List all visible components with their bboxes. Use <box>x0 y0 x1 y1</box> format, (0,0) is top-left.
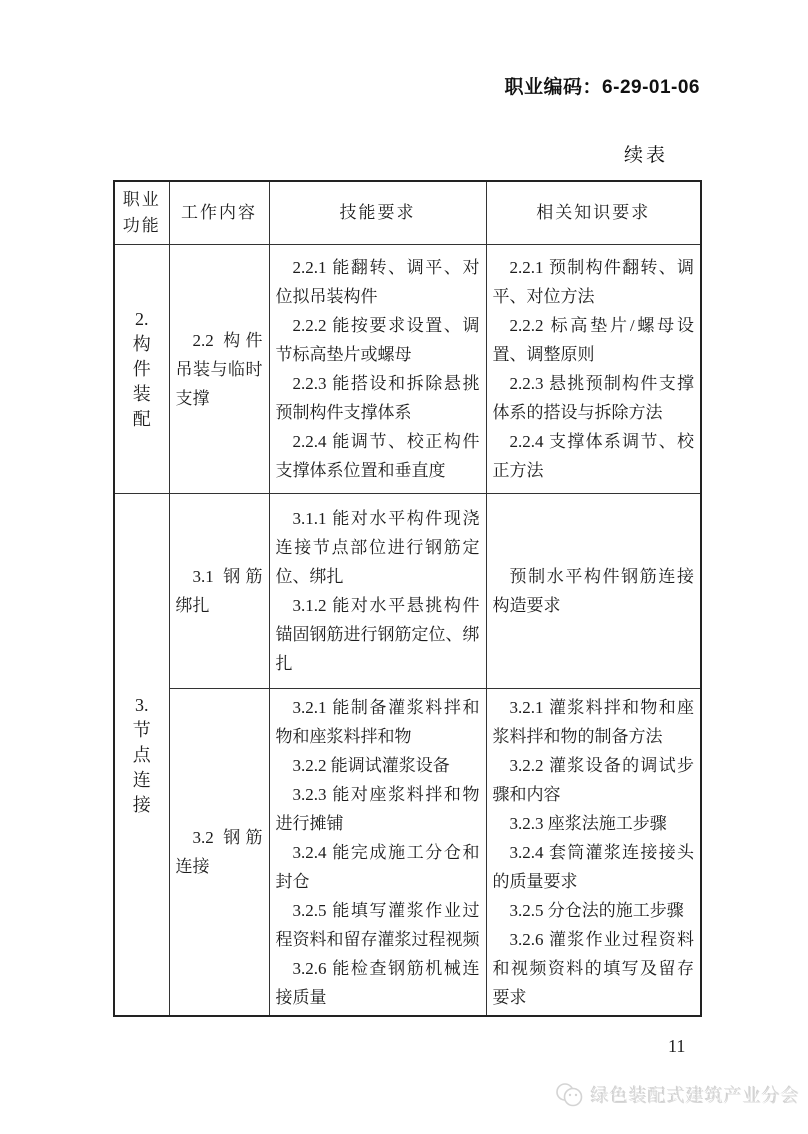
skill-item: 3.2.1 能制备灌浆料拌和物和座浆料拌和物 <box>276 693 480 751</box>
work-content-cell-2-2: 2.2 构件吊装与临时支撑 <box>169 245 269 494</box>
knowledge-item: 3.2.6 灌浆作业过程资料和视频资料的填写及留存要求 <box>493 925 695 1012</box>
col-header-skill-requirements: 技能要求 <box>269 181 486 245</box>
table-row-rebar-tying: 3. 节点连接 3.1 钢筋绑扎 3.1.1 能对水平构件现浇连接节点部位进行钢… <box>114 494 701 689</box>
function-number: 3. <box>135 692 149 718</box>
work-content-cell-3-2: 3.2 钢筋连接 <box>169 689 269 1017</box>
knowledge-item: 预制水平构件钢筋连接构造要求 <box>493 562 695 620</box>
skills-cell-3-2: 3.2.1 能制备灌浆料拌和物和座浆料拌和物 3.2.2 能调试灌浆设备 3.2… <box>269 689 486 1017</box>
skill-item: 3.2.4 能完成施工分仓和封仓 <box>276 838 480 896</box>
occupation-code-label: 职业编码：6-29-01-06 <box>505 72 700 99</box>
function-label-assembly: 2. 构件装配 <box>121 306 163 432</box>
table-row-component-assembly: 2. 构件装配 2.2 构件吊装与临时支撑 2.2.1 能翻转、调平、对位拟吊装… <box>114 245 701 494</box>
skill-item: 3.1.2 能对水平悬挑构件锚固钢筋进行钢筋定位、绑扎 <box>276 591 480 678</box>
function-label-node-connection: 3. 节点连接 <box>121 692 163 818</box>
function-name-vertical: 构件装配 <box>132 332 151 432</box>
knowledge-cell-3-2: 3.2.1 灌浆料拌和物和座浆料拌和物的制备方法 3.2.2 灌浆设备的调试步骤… <box>486 689 701 1017</box>
watermark-logo-icon <box>555 1082 583 1108</box>
knowledge-cell-2-2: 2.2.1 预制构件翻转、调平、对位方法 2.2.2 标高垫片/螺母设置、调整原… <box>486 245 701 494</box>
work-content-label: 3.2 钢筋连接 <box>176 823 263 881</box>
function-cell-assembly: 2. 构件装配 <box>114 245 169 494</box>
skill-item: 3.2.5 能填写灌浆作业过程资料和留存灌浆过程视频 <box>276 896 480 954</box>
table-header-row: 职业功能 工作内容 技能要求 相关知识要求 <box>114 181 701 245</box>
knowledge-cell-3-1: 预制水平构件钢筋连接构造要求 <box>486 494 701 689</box>
knowledge-item: 2.2.4 支撑体系调节、校正方法 <box>493 427 695 485</box>
skills-cell-3-1: 3.1.1 能对水平构件现浇连接节点部位进行钢筋定位、绑扎 3.1.2 能对水平… <box>269 494 486 689</box>
work-content-cell-3-1: 3.1 钢筋绑扎 <box>169 494 269 689</box>
document-page: 职业编码：6-29-01-06 续表 职业功能 工作内容 技能要求 相关知识要求… <box>0 0 808 1134</box>
skill-item: 3.1.1 能对水平构件现浇连接节点部位进行钢筋定位、绑扎 <box>276 504 480 591</box>
knowledge-item: 3.2.2 灌浆设备的调试步骤和内容 <box>493 751 695 809</box>
knowledge-item: 3.2.5 分仓法的施工步骤 <box>493 896 695 925</box>
skill-item: 2.2.1 能翻转、调平、对位拟吊装构件 <box>276 253 480 311</box>
skill-item: 3.2.2 能调试灌浆设备 <box>276 751 480 780</box>
work-content-label: 3.1 钢筋绑扎 <box>176 562 263 620</box>
skill-item: 2.2.3 能搭设和拆除悬挑预制构件支撑体系 <box>276 369 480 427</box>
function-cell-node-connection: 3. 节点连接 <box>114 494 169 1017</box>
col-header-knowledge-requirements: 相关知识要求 <box>486 181 701 245</box>
skill-item: 2.2.2 能按要求设置、调节标高垫片或螺母 <box>276 311 480 369</box>
table-row-rebar-connection: 3.2 钢筋连接 3.2.1 能制备灌浆料拌和物和座浆料拌和物 3.2.2 能调… <box>114 689 701 1017</box>
knowledge-item: 3.2.3 座浆法施工步骤 <box>493 809 695 838</box>
knowledge-item: 2.2.1 预制构件翻转、调平、对位方法 <box>493 253 695 311</box>
col-header-work-content: 工作内容 <box>169 181 269 245</box>
work-content-label: 2.2 构件吊装与临时支撑 <box>176 326 263 413</box>
function-number: 2. <box>135 306 149 332</box>
occupational-standard-table: 职业功能 工作内容 技能要求 相关知识要求 2. 构件装配 2.2 构件吊装与临… <box>113 180 702 1017</box>
col-header-function: 职业功能 <box>114 181 169 245</box>
skill-item: 2.2.4 能调节、校正构件支撑体系位置和垂直度 <box>276 427 480 485</box>
skill-item: 3.2.6 能检查钢筋机械连接质量 <box>276 954 480 1012</box>
knowledge-item: 2.2.3 悬挑预制构件支撑体系的搭设与拆除方法 <box>493 369 695 427</box>
knowledge-item: 3.2.4 套筒灌浆连接接头的质量要求 <box>493 838 695 896</box>
function-name-vertical: 节点连接 <box>132 718 151 818</box>
knowledge-item: 3.2.1 灌浆料拌和物和座浆料拌和物的制备方法 <box>493 693 695 751</box>
watermark: 绿色装配式建筑产业分会 <box>555 1082 800 1108</box>
skill-item: 3.2.3 能对座浆料拌和物进行摊铺 <box>276 780 480 838</box>
watermark-text: 绿色装配式建筑产业分会 <box>591 1082 800 1108</box>
knowledge-item: 2.2.2 标高垫片/螺母设置、调整原则 <box>493 311 695 369</box>
skills-cell-2-2: 2.2.1 能翻转、调平、对位拟吊装构件 2.2.2 能按要求设置、调节标高垫片… <box>269 245 486 494</box>
page-number: 11 <box>668 1036 685 1057</box>
continued-table-label: 续表 <box>624 140 668 167</box>
